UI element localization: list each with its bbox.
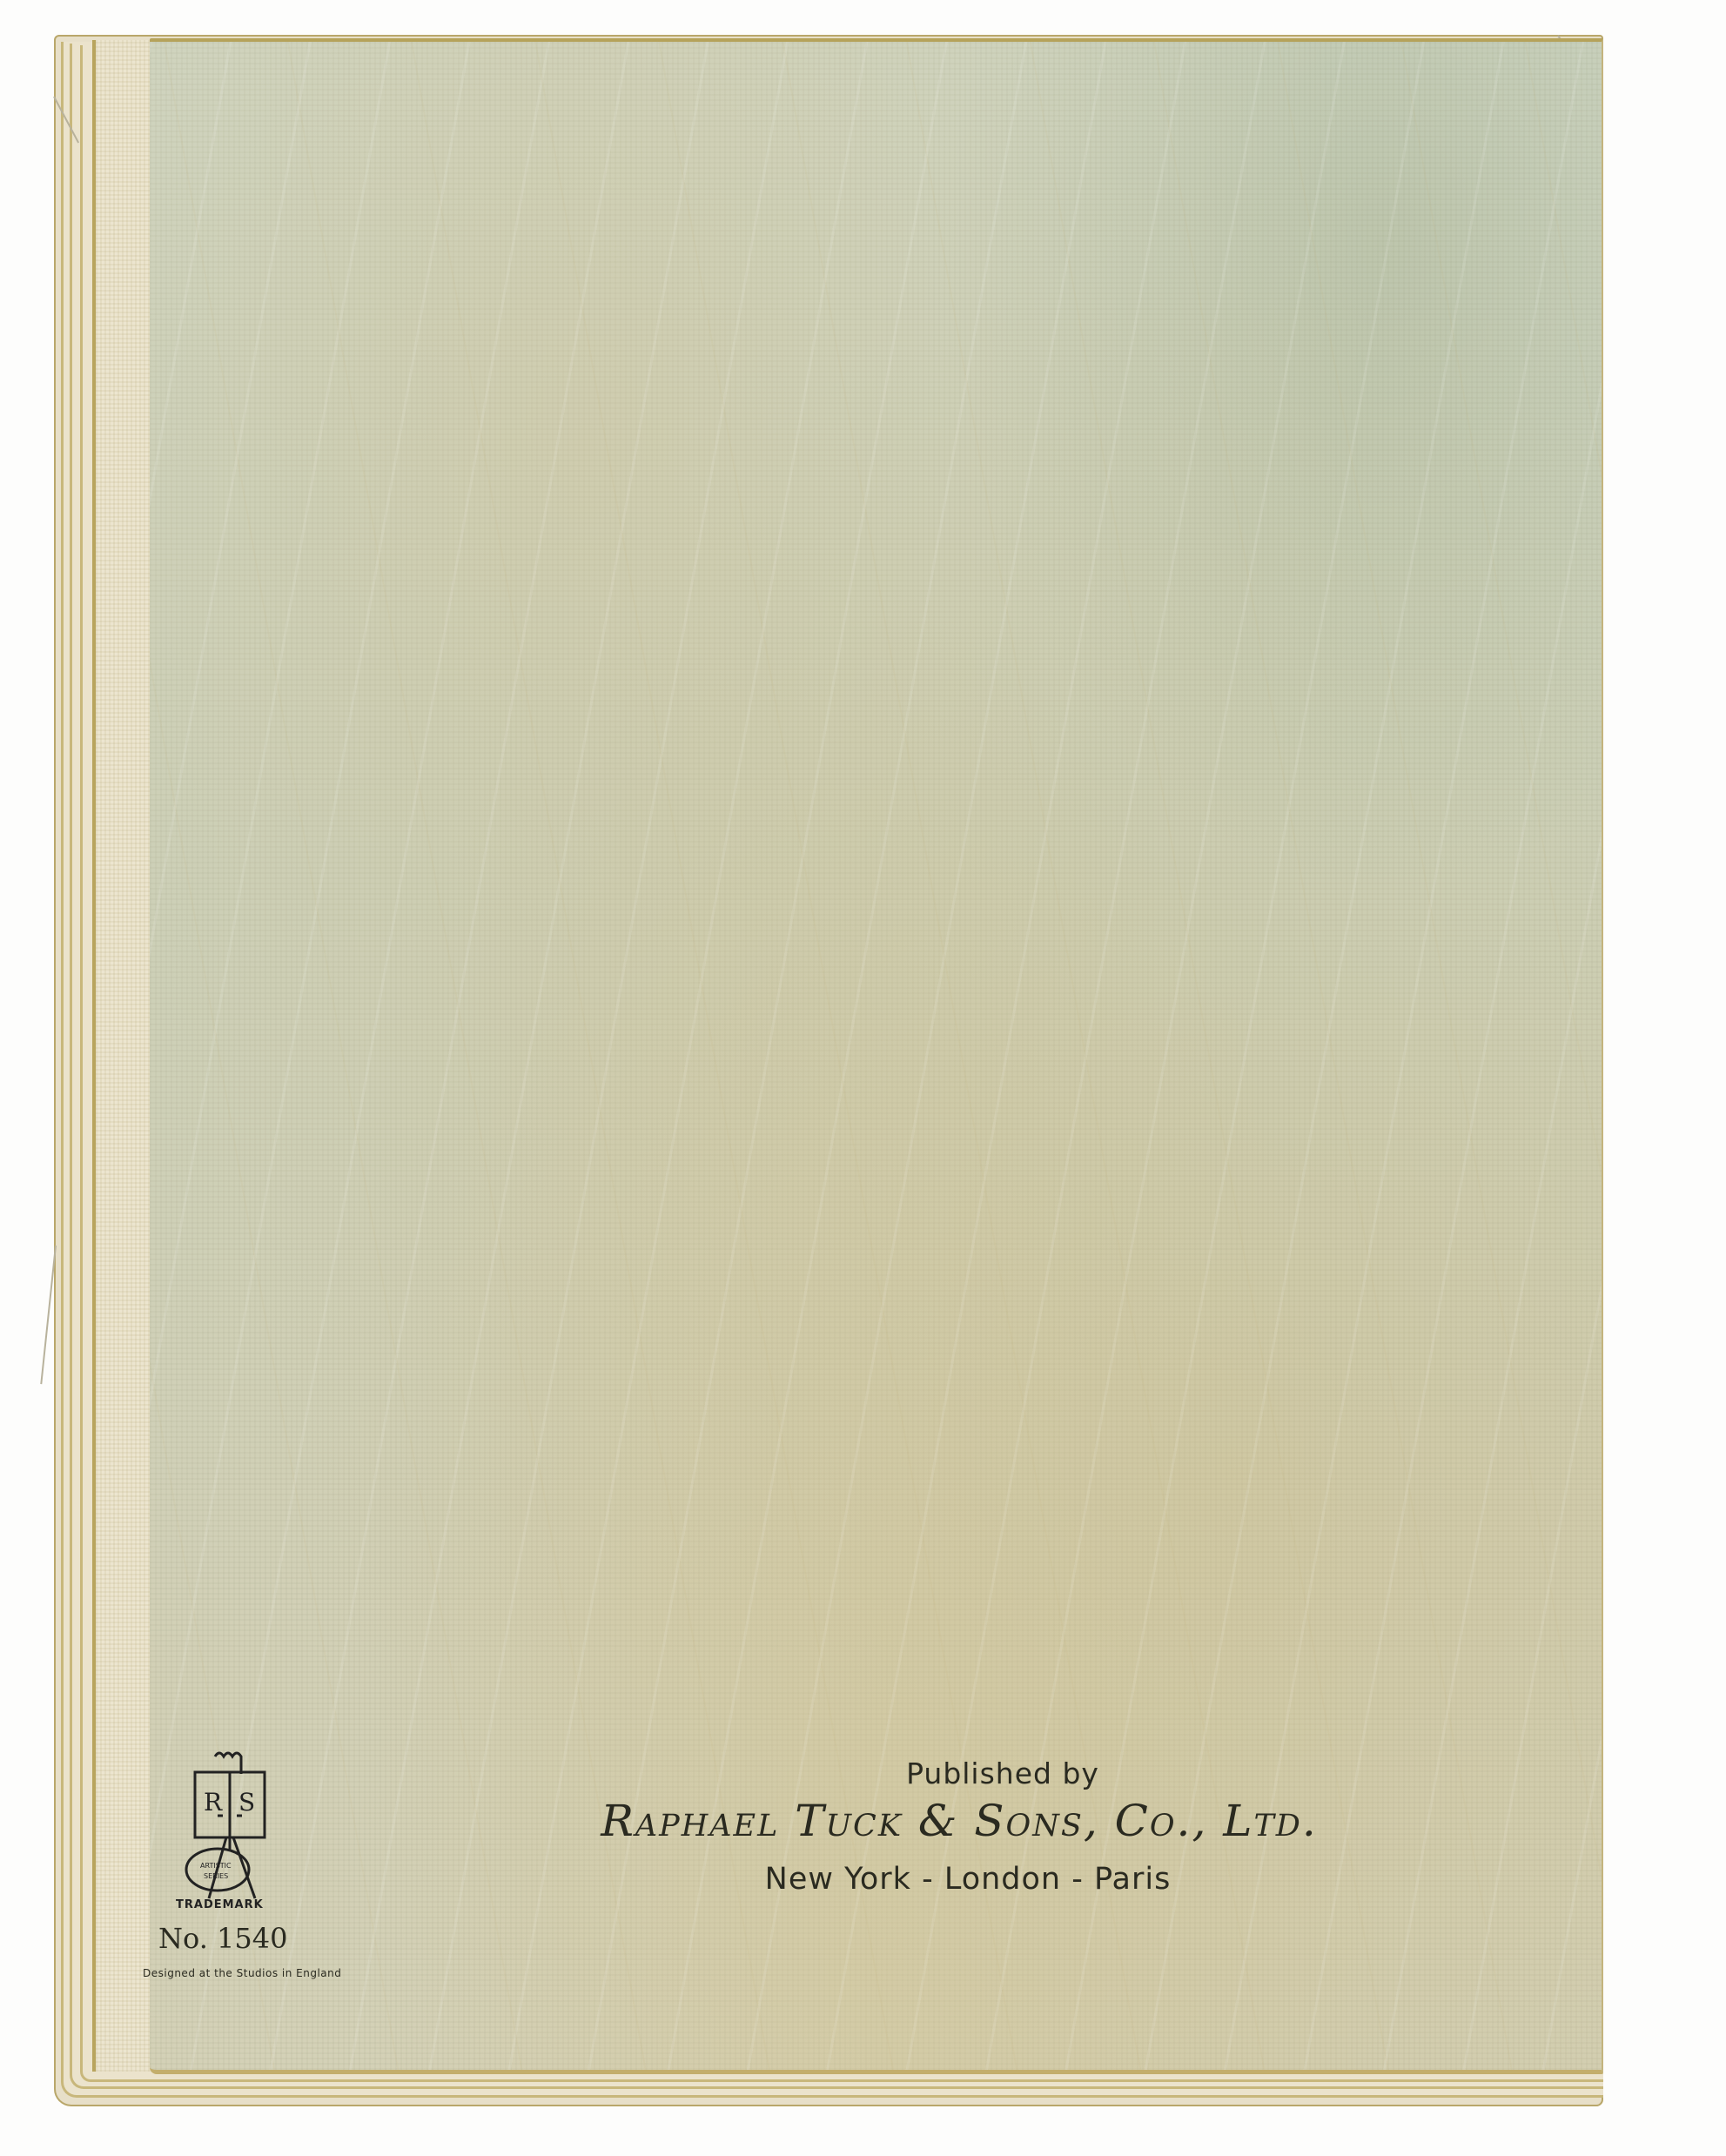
svg-text:R: R <box>204 1788 223 1817</box>
book-spine-hinge <box>92 40 157 2072</box>
published-by-label: Published by <box>611 1756 1394 1790</box>
publisher-imprint: Published by Raphael Tuck & Sons, Co., L… <box>524 1756 1394 1897</box>
svg-text:S: S <box>238 1788 255 1817</box>
designed-note: Designed at the Studios in England <box>143 1967 341 1979</box>
trademark-label: TRADEMARK <box>176 1898 264 1911</box>
publisher-name: Raphael Tuck & Sons, Co., Ltd. <box>524 1796 1394 1846</box>
easel-palette-trademark-icon: R S ARTISTIC SERIES <box>176 1748 289 1904</box>
publisher-cities: New York - London - Paris <box>541 1862 1394 1897</box>
svg-text:SERIES: SERIES <box>204 1872 228 1880</box>
back-cover: R S ARTISTIC SERIES TRADEMARK No. 1540 D… <box>150 38 1603 2074</box>
catalog-number: No. 1540 <box>158 1922 287 1955</box>
svg-text:ARTISTIC: ARTISTIC <box>200 1862 232 1870</box>
